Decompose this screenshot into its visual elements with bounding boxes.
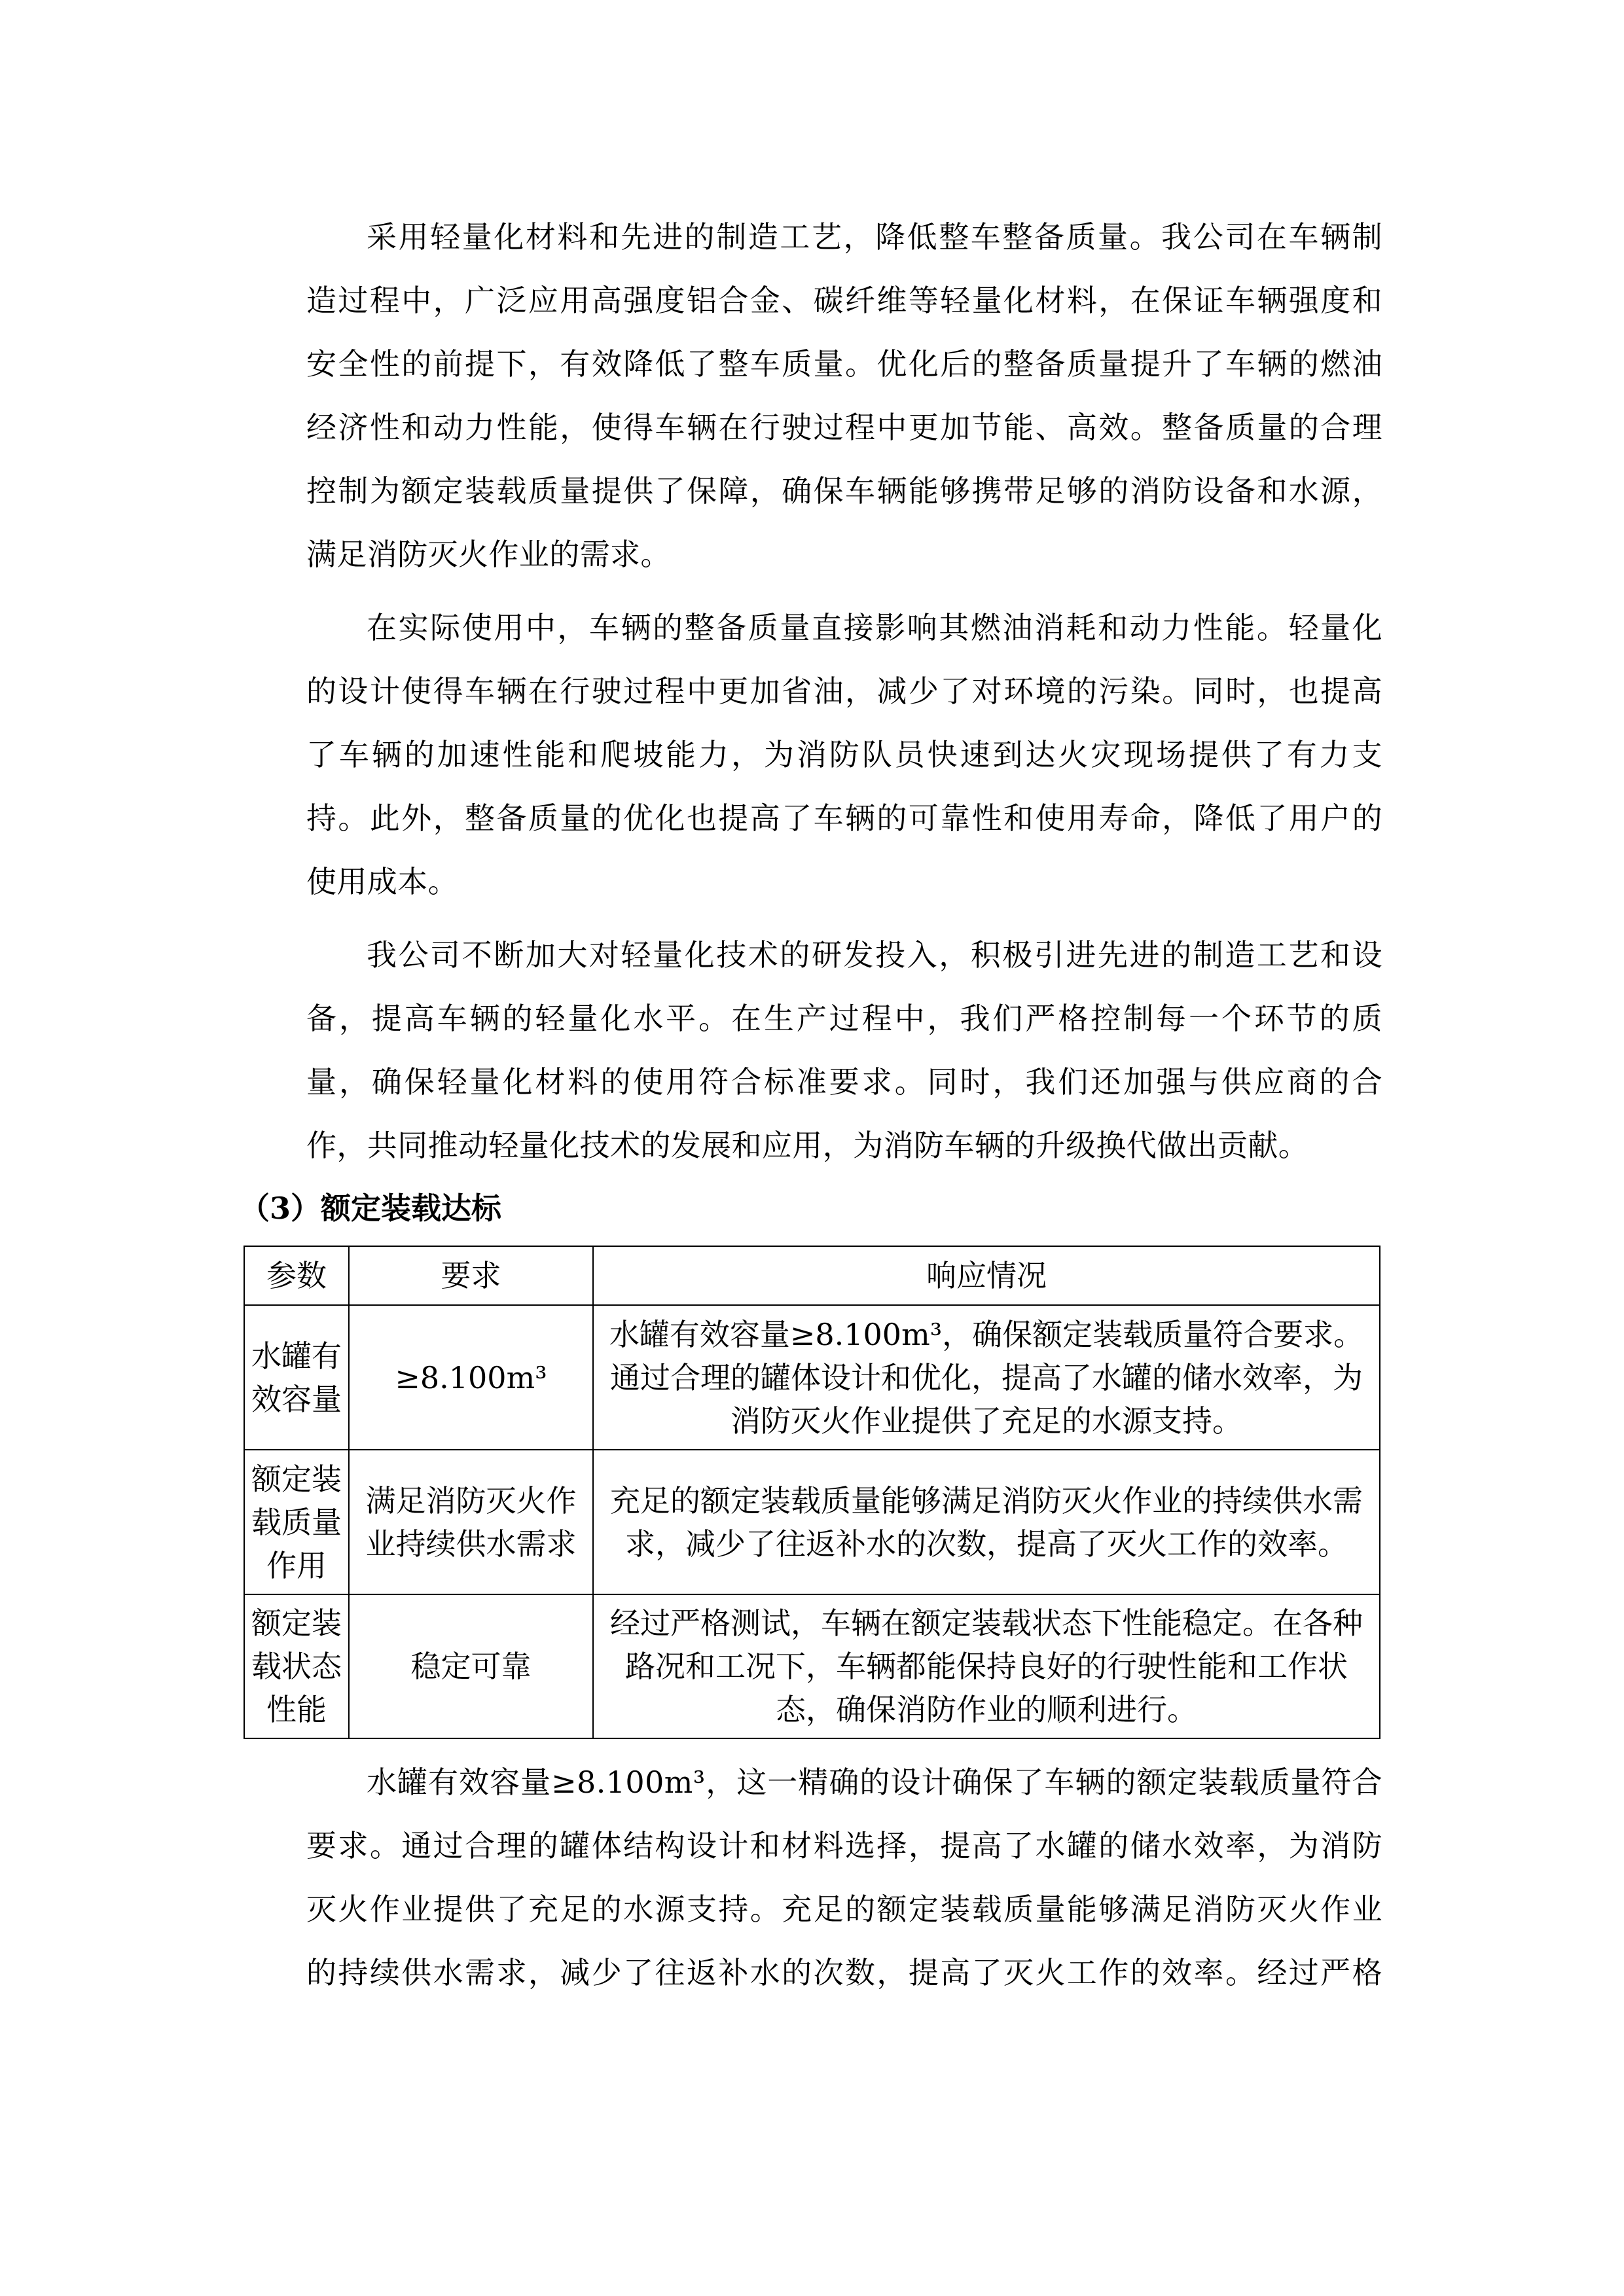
text-line: 经济性和动力性能，使得车辆在行驶过程中更加节能、高效。整备质量的合理 (246, 396, 1382, 459)
cell-response: 水罐有效容量≥8.100m³，确保额定装载质量符合要求。通过合理的罐体设计和优化… (593, 1305, 1380, 1450)
section-heading: （3）额定装载达标 (240, 1182, 501, 1234)
text-line: 在实际使用中，车辆的整备质量直接影响其燃油消耗和动力性能。轻量化 (246, 596, 1382, 660)
text-line: 采用轻量化材料和先进的制造工艺，降低整车整备质量。我公司在车辆制 (246, 206, 1382, 269)
rated-load-table: 参数 要求 响应情况 水罐有效容量 ≥8.100m³ 水罐有效容量≥8.100m… (244, 1246, 1380, 1739)
column-header-response: 响应情况 (593, 1246, 1380, 1305)
text-line: 作，共同推动轻量化技术的发展和应用，为消防车辆的升级换代做出贡献。 (246, 1114, 1382, 1177)
cell-parameter: 额定装载质量作用 (244, 1450, 349, 1594)
table-row: 额定装载状态性能 稳定可靠 经过严格测试，车辆在额定装载状态下性能稳定。在各种路… (244, 1594, 1380, 1738)
text-line: 我公司不断加大对轻量化技术的研发投入，积极引进先进的制造工艺和设 (246, 924, 1382, 987)
text-line: 水罐有效容量≥8.100m³，这一精确的设计确保了车辆的额定装载质量符合 (246, 1751, 1382, 1814)
cell-requirement: ≥8.100m³ (349, 1305, 593, 1450)
cell-parameter: 额定装载状态性能 (244, 1594, 349, 1738)
text-line: 造过程中，广泛应用高强度铝合金、碳纤维等轻量化材料，在保证车辆强度和 (246, 269, 1382, 332)
table-row: 水罐有效容量 ≥8.100m³ 水罐有效容量≥8.100m³，确保额定装载质量符… (244, 1305, 1380, 1450)
text-line: 要求。通过合理的罐体结构设计和材料选择，提高了水罐的储水效率，为消防 (246, 1814, 1382, 1878)
cell-response: 充足的额定装载质量能够满足消防灭火作业的持续供水需求，减少了往返补水的次数，提高… (593, 1450, 1380, 1594)
text-line: 灭火作业提供了充足的水源支持。充足的额定装载质量能够满足消防灭火作业 (246, 1878, 1382, 1941)
text-line: 安全性的前提下，有效降低了整车质量。优化后的整备质量提升了车辆的燃油 (246, 332, 1382, 396)
cell-requirement: 稳定可靠 (349, 1594, 593, 1738)
text-line: 使用成本。 (246, 850, 1382, 914)
paragraph-lightweight-materials: 采用轻量化材料和先进的制造工艺，降低整车整备质量。我公司在车辆制 造过程中，广泛… (246, 206, 1382, 586)
text-line: 满足消防灭火作业的需求。 (246, 523, 1382, 586)
text-line: 持。此外，整备质量的优化也提高了车辆的可靠性和使用寿命，降低了用户的 (246, 787, 1382, 850)
cell-requirement: 满足消防灭火作业持续供水需求 (349, 1450, 593, 1594)
text-line: 了车辆的加速性能和爬坡能力，为消防队员快速到达火灾现场提供了有力支 (246, 723, 1382, 787)
text-line: 的持续供水需求，减少了往返补水的次数，提高了灭火工作的效率。经过严格 (246, 1941, 1382, 2005)
column-header-requirement: 要求 (349, 1246, 593, 1305)
text-line: 备，提高车辆的轻量化水平。在生产过程中，我们严格控制每一个环节的质 (246, 987, 1382, 1050)
column-header-parameter: 参数 (244, 1246, 349, 1305)
cell-response: 经过严格测试，车辆在额定装载状态下性能稳定。在各种路况和工况下，车辆都能保持良好… (593, 1594, 1380, 1738)
text-line: 控制为额定装载质量提供了保障，确保车辆能够携带足够的消防设备和水源， (246, 459, 1382, 523)
paragraph-tank-capacity-summary: 水罐有效容量≥8.100m³，这一精确的设计确保了车辆的额定装载质量符合 要求。… (246, 1751, 1382, 2005)
paragraph-rd-investment: 我公司不断加大对轻量化技术的研发投入，积极引进先进的制造工艺和设 备，提高车辆的… (246, 924, 1382, 1177)
paragraph-practical-use: 在实际使用中，车辆的整备质量直接影响其燃油消耗和动力性能。轻量化 的设计使得车辆… (246, 596, 1382, 914)
text-line: 的设计使得车辆在行驶过程中更加省油，减少了对环境的污染。同时，也提高 (246, 660, 1382, 723)
cell-parameter: 水罐有效容量 (244, 1305, 349, 1450)
table-row: 额定装载质量作用 满足消防灭火作业持续供水需求 充足的额定装载质量能够满足消防灭… (244, 1450, 1380, 1594)
text-line: 量，确保轻量化材料的使用符合标准要求。同时，我们还加强与供应商的合 (246, 1050, 1382, 1114)
table-header-row: 参数 要求 响应情况 (244, 1246, 1380, 1305)
